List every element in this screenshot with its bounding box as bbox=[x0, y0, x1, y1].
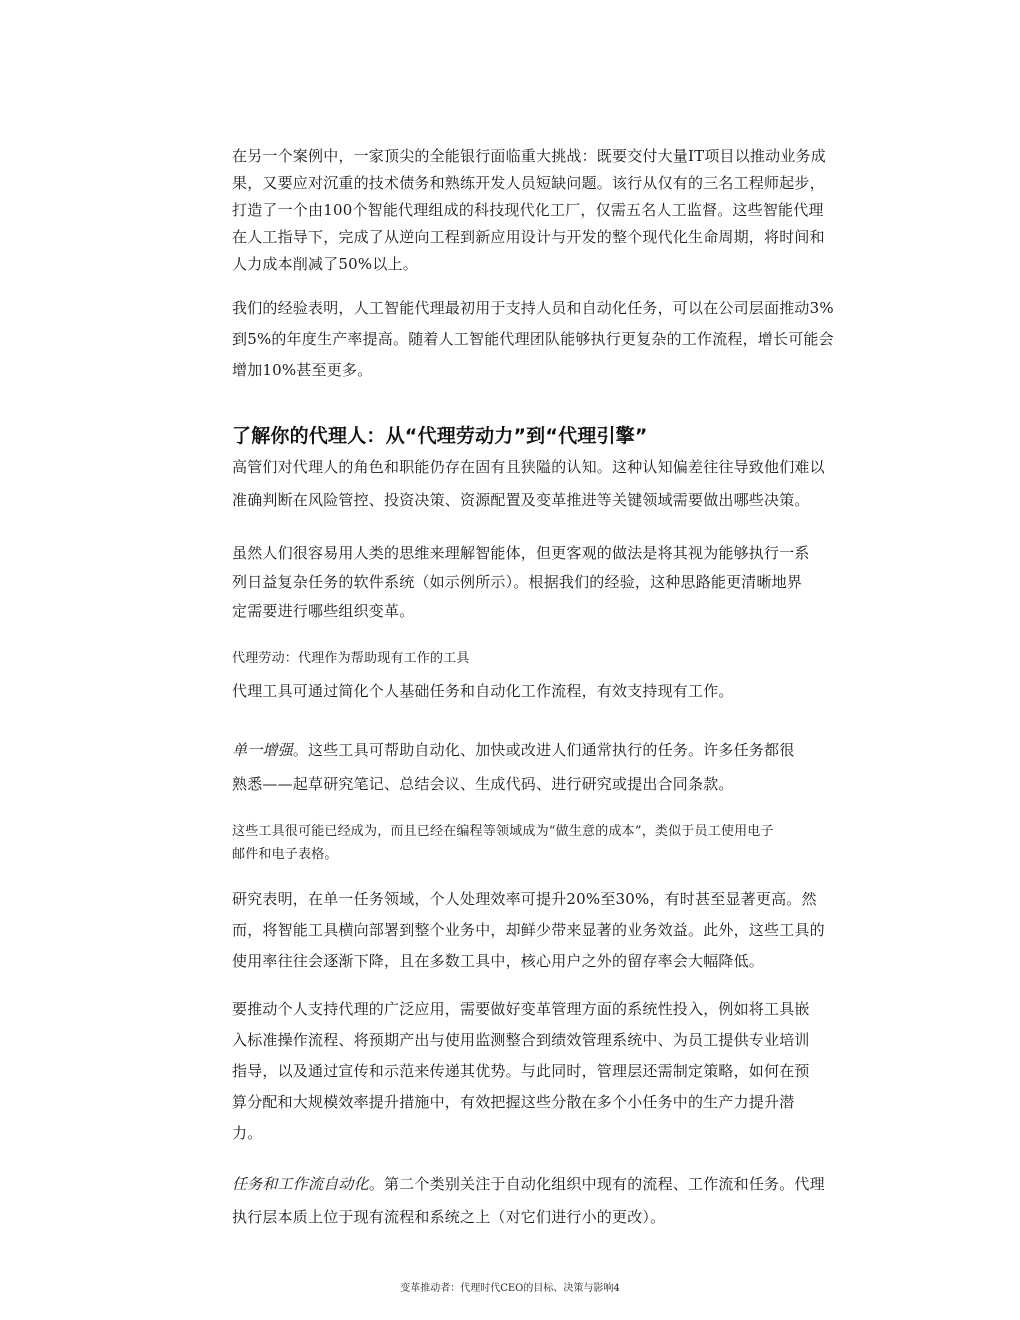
text-line: 入标准操作流程、将预期产出与使用监测整合到绩效管理系统中、为员工提供专业培训 bbox=[232, 1030, 810, 1050]
text-line: 虽然人们很容易用人类的思维来理解智能体，但更客观的做法是将其视为能够执行一系 bbox=[232, 543, 810, 563]
text-line: 算分配和大规模效率提升措施中，有效把握这些分散在多个小任务中的生产力提升潜 bbox=[232, 1092, 794, 1112]
text-line: 打造了一个由100个智能代理组成的科技现代化工厂，仅需五名人工监督。这些智能代理 bbox=[232, 200, 824, 220]
text-line: 列日益复杂任务的软件系统（如示例所示）。根据我们的经验，这种思路能更清晰地界 bbox=[232, 572, 802, 592]
text-line: 定需要进行哪些组织变革。 bbox=[232, 601, 414, 621]
text-span: 。第二个类别关注于自动化组织中现有的流程、工作流和任务。代理 bbox=[369, 1175, 825, 1193]
text-line: 研究表明，在单一任务领域，个人处理效率可提升20%至30%，有时甚至显著更高。然 bbox=[232, 889, 817, 909]
text-line: 力。 bbox=[232, 1123, 262, 1143]
document-page: 在另一个案例中，一家顶尖的全能银行面临重大挑战：既要交付大量IT项目以推动业务成… bbox=[0, 0, 1020, 1320]
text-line: 我们的经验表明，人工智能代理最初用于支持人员和自动化任务，可以在公司层面推动3% bbox=[232, 298, 834, 318]
text-line: 要推动个人支持代理的广泛应用，需要做好变革管理方面的系统性投入，例如将工具嵌 bbox=[232, 999, 810, 1019]
text-line: 这些工具很可能已经成为，而且已经在编程等领域成为“做生意的成本”，类似于员工使用… bbox=[232, 823, 774, 841]
text-line: 执行层本质上位于现有流程和系统之上（对它们进行小的更改）。 bbox=[232, 1207, 665, 1227]
text-line: 人力成本削减了50%以上。 bbox=[232, 254, 418, 274]
text-line: 在另一个案例中，一家顶尖的全能银行面临重大挑战：既要交付大量IT项目以推动业务成 bbox=[232, 146, 826, 166]
subheading: 代理劳动：代理作为帮助现有工作的工具 bbox=[232, 650, 470, 668]
page-number: 4 bbox=[613, 1283, 619, 1294]
text-line: 熟悉——起草研究笔记、总结会议、生成代码、进行研究或提出合同条款。 bbox=[232, 774, 734, 794]
text-line: 在人工指导下，完成了从逆向工程到新应用设计与开发的整个现代化生命周期，将时间和 bbox=[232, 227, 825, 247]
page-footer: 变革推动者：代理时代CEO的目标、决策与影响4 bbox=[0, 1282, 1020, 1296]
section-heading: 了解你的代理人：从“代理劳动力”到“代理引擎” bbox=[232, 424, 648, 448]
text-line: 邮件和电子表格。 bbox=[232, 846, 338, 864]
text-line: 使用率往往会逐渐下降，且在多数工具中，核心用户之外的留存率会大幅降低。 bbox=[232, 951, 764, 971]
text-line: 单一增强。这些工具可帮助自动化、加快或改进人们通常执行的任务。许多任务都很 bbox=[232, 740, 794, 760]
footer-title: 变革推动者：代理时代CEO的目标、决策与影响 bbox=[400, 1283, 613, 1294]
text-line: 果，又要应对沉重的技术债务和熟练开发人员短缺问题。该行从仅有的三名工程师起步， bbox=[232, 173, 825, 193]
italic-lead: 单一增强 bbox=[232, 741, 293, 759]
text-line: 而，将智能工具横向部署到整个业务中，却鲜少带来显著的业务效益。此外，这些工具的 bbox=[232, 920, 825, 940]
text-line: 指导，以及通过宣传和示范来传递其优势。与此同时，管理层还需制定策略，如何在预 bbox=[232, 1061, 810, 1081]
text-line: 任务和工作流自动化。第二个类别关注于自动化组织中现有的流程、工作流和任务。代理 bbox=[232, 1174, 825, 1194]
paragraph-agent-tools: 代理工具可通过简化个人基础任务和自动化工作流程，有效支持现有工作。 bbox=[232, 681, 734, 701]
text-span: 。这些工具可帮助自动化、加快或改进人们通常执行的任务。许多任务都很 bbox=[293, 741, 795, 759]
text-line: 到5%的年度生产率提高。随着人工智能代理团队能够执行更复杂的工作流程，增长可能会 bbox=[232, 329, 834, 349]
text-line: 高管们对代理人的角色和职能仍存在固有且狭隘的认知。这种认知偏差往往导致他们难以 bbox=[232, 457, 825, 477]
text-line: 增加10%甚至更多。 bbox=[232, 360, 372, 380]
text-line: 准确判断在风险管控、投资决策、资源配置及变革推进等关键领域需要做出哪些决策。 bbox=[232, 490, 810, 510]
italic-lead: 任务和工作流自动化 bbox=[232, 1175, 369, 1193]
